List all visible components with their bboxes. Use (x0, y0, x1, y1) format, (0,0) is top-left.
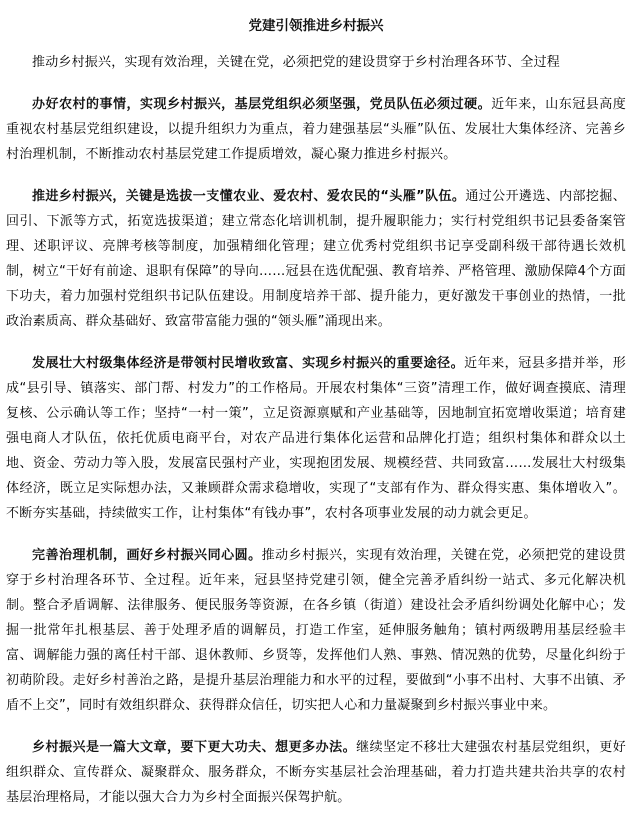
paragraph-heading: 发展壮大村级集体经济是带领村民增收致富、实现乡村振兴的重要途径。 (32, 356, 464, 371)
article-lead: 推动乡村振兴，实现有效治理，关键在党，必须把党的建设贯穿于乡村治理各环节、全过程 (6, 36, 626, 75)
article-title: 党建引领推进乡村振兴 (6, 0, 626, 36)
paragraph-body: 推动乡村振兴，实现有效治理，关键在党，必须把党的建设贯穿于乡村治理各环节、全过程… (6, 548, 626, 713)
paragraph-lead-goose-team: 推进乡村振兴，关键是选拔一支懂农业、爱农村、爱农民的“头雁”队伍。通过公开遴选、… (6, 184, 626, 334)
paragraph-body: 近年来，冠县多措并举，形成“县引导、镇落实、部门帮、村发力”的工作格局。开展农村… (6, 356, 626, 521)
paragraph-body: 通过公开遴选、内部挖掘、回引、下派等方式，拓宽选拔渠道；建立常态化培训机制，提升… (6, 189, 626, 329)
paragraph-heading: 完善治理机制，画好乡村振兴同心圆。 (32, 548, 262, 563)
paragraph-governance-mechanism: 完善治理机制，画好乡村振兴同心圆。推动乡村振兴，实现有效治理，关键在党，必须把党… (6, 543, 626, 718)
paragraph-conclusion: 乡村振兴是一篇大文章，要下更大功夫、想更多办法。继续坚定不移壮大建强农村基层党组… (6, 735, 626, 810)
paragraph-collective-economy: 发展壮大村级集体经济是带领村民增收致富、实现乡村振兴的重要途径。近年来，冠县多措… (6, 351, 626, 526)
paragraph-heading: 推进乡村振兴，关键是选拔一支懂农业、爱农村、爱农民的“头雁”队伍。 (32, 189, 465, 204)
paragraph-heading: 办好农村的事情，实现乡村振兴，基层党组织必须坚强，党员队伍必须过硬。 (32, 97, 491, 112)
paragraph-grassroots-party: 办好农村的事情，实现乡村振兴，基层党组织必须坚强，党员队伍必须过硬。近年来，山东… (6, 92, 626, 167)
paragraph-heading: 乡村振兴是一篇大文章，要下更大功夫、想更多办法。 (32, 740, 356, 755)
article: 党建引领推进乡村振兴 推动乡村振兴，实现有效治理，关键在党，必须把党的建设贯穿于… (0, 0, 632, 810)
